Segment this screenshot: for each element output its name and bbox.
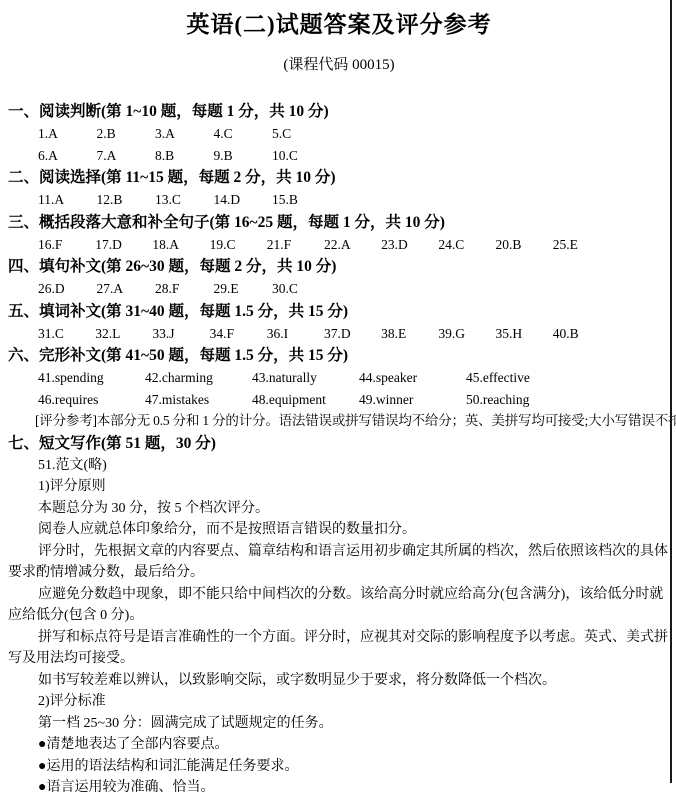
answer-item: 36.I xyxy=(267,323,324,345)
sections: 一、阅读判断(第 1~10 题，每题 1 分，共 10 分)1.A2.B3.A4… xyxy=(8,101,670,799)
answer-item: 4.C xyxy=(214,123,273,145)
answer-item: 26.D xyxy=(38,278,97,300)
answer-item: 31.C xyxy=(38,323,95,345)
answer-item: 25.E xyxy=(553,234,610,256)
section-heading: 四、填句补文(第 26~30 题，每题 2 分，共 10 分) xyxy=(8,256,670,277)
answer-item: 17.D xyxy=(95,234,152,256)
answer-item: 8.B xyxy=(155,145,214,167)
paragraph: 51.范文(略) xyxy=(8,455,670,477)
section-heading: 五、填词补文(第 31~40 题，每题 1.5 分，共 15 分) xyxy=(8,301,670,322)
section-heading: 七、短文写作(第 51 题，30 分) xyxy=(8,433,670,454)
answer-item: 43.naturally xyxy=(252,367,359,389)
answer-item: 33.J xyxy=(152,323,209,345)
answer-item: 14.D xyxy=(214,189,273,211)
section-heading: 六、完形补文(第 41~50 题，每题 1.5 分，共 15 分) xyxy=(8,345,670,366)
bullet-item: ●语言运用较为准确、恰当。 xyxy=(8,777,670,799)
answer-item: 18.A xyxy=(152,234,209,256)
answer-row: 46.requires47.mistakes48.equipment49.win… xyxy=(38,389,670,411)
answer-section: 七、短文写作(第 51 题，30 分)51.范文(略)1)评分原则本题总分为 3… xyxy=(8,433,670,799)
answer-item: 23.D xyxy=(381,234,438,256)
answer-item: 47.mistakes xyxy=(145,389,252,411)
answer-item: 24.C xyxy=(438,234,495,256)
answer-item: 2.B xyxy=(97,123,156,145)
answer-item: 39.G xyxy=(438,323,495,345)
section-heading: 二、阅读选择(第 11~15 题，每题 2 分，共 10 分) xyxy=(8,167,670,188)
answer-item: 11.A xyxy=(38,189,97,211)
paragraph: 本题总分为 30 分，按 5 个档次评分。 xyxy=(8,498,670,520)
bullet-item: ●清楚地表达了全部内容要点。 xyxy=(8,734,670,756)
answer-section: 三、概括段落大意和补全句子(第 16~25 题，每题 1 分，共 10 分)16… xyxy=(8,212,670,256)
answer-section: 四、填句补文(第 26~30 题，每题 2 分，共 10 分)26.D27.A2… xyxy=(8,256,670,300)
answer-item: 22.A xyxy=(324,234,381,256)
answer-item: 15.B xyxy=(272,189,331,211)
answer-item: 21.F xyxy=(267,234,324,256)
answer-item: 41.spending xyxy=(38,367,145,389)
paragraph: 2)评分标准 xyxy=(8,691,670,713)
answer-item: 29.E xyxy=(214,278,273,300)
answer-item: 1.A xyxy=(38,123,97,145)
answer-item: 45.effective xyxy=(466,367,573,389)
answer-row: 11.A12.B13.C14.D15.B xyxy=(38,189,670,211)
paragraph: 拼写和标点符号是语言准确性的一个方面。评分时，应视其对交际的影响程度予以考虑。英… xyxy=(8,627,670,670)
answer-item: 28.F xyxy=(155,278,214,300)
document-title: 英语(二)试题答案及评分参考 xyxy=(8,10,670,40)
answer-item: 12.B xyxy=(97,189,156,211)
answer-item: 19.C xyxy=(210,234,267,256)
answer-row: 26.D27.A28.F29.E30.C xyxy=(38,278,670,300)
answer-item: 20.B xyxy=(496,234,553,256)
answer-row: 1.A2.B3.A4.C5.C xyxy=(38,123,670,145)
answer-item: 16.F xyxy=(38,234,95,256)
paragraph: 应避免分数趋中现象，即不能只给中间档次的分数。该给高分时就应给高分(包含满分)，… xyxy=(8,584,670,627)
bullet-item: ●运用的语法结构和词汇能满足任务要求。 xyxy=(8,756,670,778)
answer-item: 42.charming xyxy=(145,367,252,389)
course-code-subtitle: (课程代码 00015) xyxy=(8,55,670,75)
paragraph: 评分时，先根据文章的内容要点、篇章结构和语言运用初步确定其所属的档次，然后依照该… xyxy=(8,541,670,584)
answer-item: 10.C xyxy=(272,145,331,167)
answer-item: 44.speaker xyxy=(359,367,466,389)
grading-note: [评分参考]本部分无 0.5 分和 1 分的计分。语法错误或拼写错误均不给分；英… xyxy=(8,410,670,432)
answer-item: 6.A xyxy=(38,145,97,167)
answer-item: 38.E xyxy=(381,323,438,345)
paragraph: 第一档 25~30 分：圆满完成了试题规定的任务。 xyxy=(8,713,670,735)
answer-item: 37.D xyxy=(324,323,381,345)
answer-section: 五、填词补文(第 31~40 题，每题 1.5 分，共 15 分)31.C32.… xyxy=(8,301,670,345)
answer-item: 9.B xyxy=(214,145,273,167)
paragraph: 阅卷人应就总体印象给分，而不是按照语言错误的数量扣分。 xyxy=(8,519,670,541)
answer-item: 32.L xyxy=(95,323,152,345)
document-page: 英语(二)试题答案及评分参考 (课程代码 00015) 一、阅读判断(第 1~1… xyxy=(0,0,676,807)
answer-item: 46.requires xyxy=(38,389,145,411)
answer-item: 49.winner xyxy=(359,389,466,411)
answer-section: 二、阅读选择(第 11~15 题，每题 2 分，共 10 分)11.A12.B1… xyxy=(8,167,670,211)
answer-section: 六、完形补文(第 41~50 题，每题 1.5 分，共 15 分)41.spen… xyxy=(8,345,670,432)
answer-item: 40.B xyxy=(553,323,610,345)
answer-row: 41.spending42.charming43.naturally44.spe… xyxy=(38,367,670,389)
answer-item: 34.F xyxy=(210,323,267,345)
answer-item: 27.A xyxy=(97,278,156,300)
answer-item: 50.reaching xyxy=(466,389,573,411)
paragraph: 1)评分原则 xyxy=(8,476,670,498)
answer-item: 3.A xyxy=(155,123,214,145)
answer-row: 6.A7.A8.B9.B10.C xyxy=(38,145,670,167)
answer-item: 30.C xyxy=(272,278,331,300)
scan-border-line xyxy=(670,0,672,783)
answer-item: 48.equipment xyxy=(252,389,359,411)
answer-item: 7.A xyxy=(97,145,156,167)
answer-item: 35.H xyxy=(496,323,553,345)
section-heading: 三、概括段落大意和补全句子(第 16~25 题，每题 1 分，共 10 分) xyxy=(8,212,670,233)
answer-item: 5.C xyxy=(272,123,331,145)
answer-section: 一、阅读判断(第 1~10 题，每题 1 分，共 10 分)1.A2.B3.A4… xyxy=(8,101,670,166)
paragraph: 如书写较差难以辨认，以致影响交际，或字数明显少于要求，将分数降低一个档次。 xyxy=(8,670,670,692)
answer-row: 31.C32.L33.J34.F36.I37.D38.E39.G35.H40.B xyxy=(38,323,670,345)
answer-row: 16.F17.D18.A19.C21.F22.A23.D24.C20.B25.E xyxy=(38,234,670,256)
answer-item: 13.C xyxy=(155,189,214,211)
section-heading: 一、阅读判断(第 1~10 题，每题 1 分，共 10 分) xyxy=(8,101,670,122)
